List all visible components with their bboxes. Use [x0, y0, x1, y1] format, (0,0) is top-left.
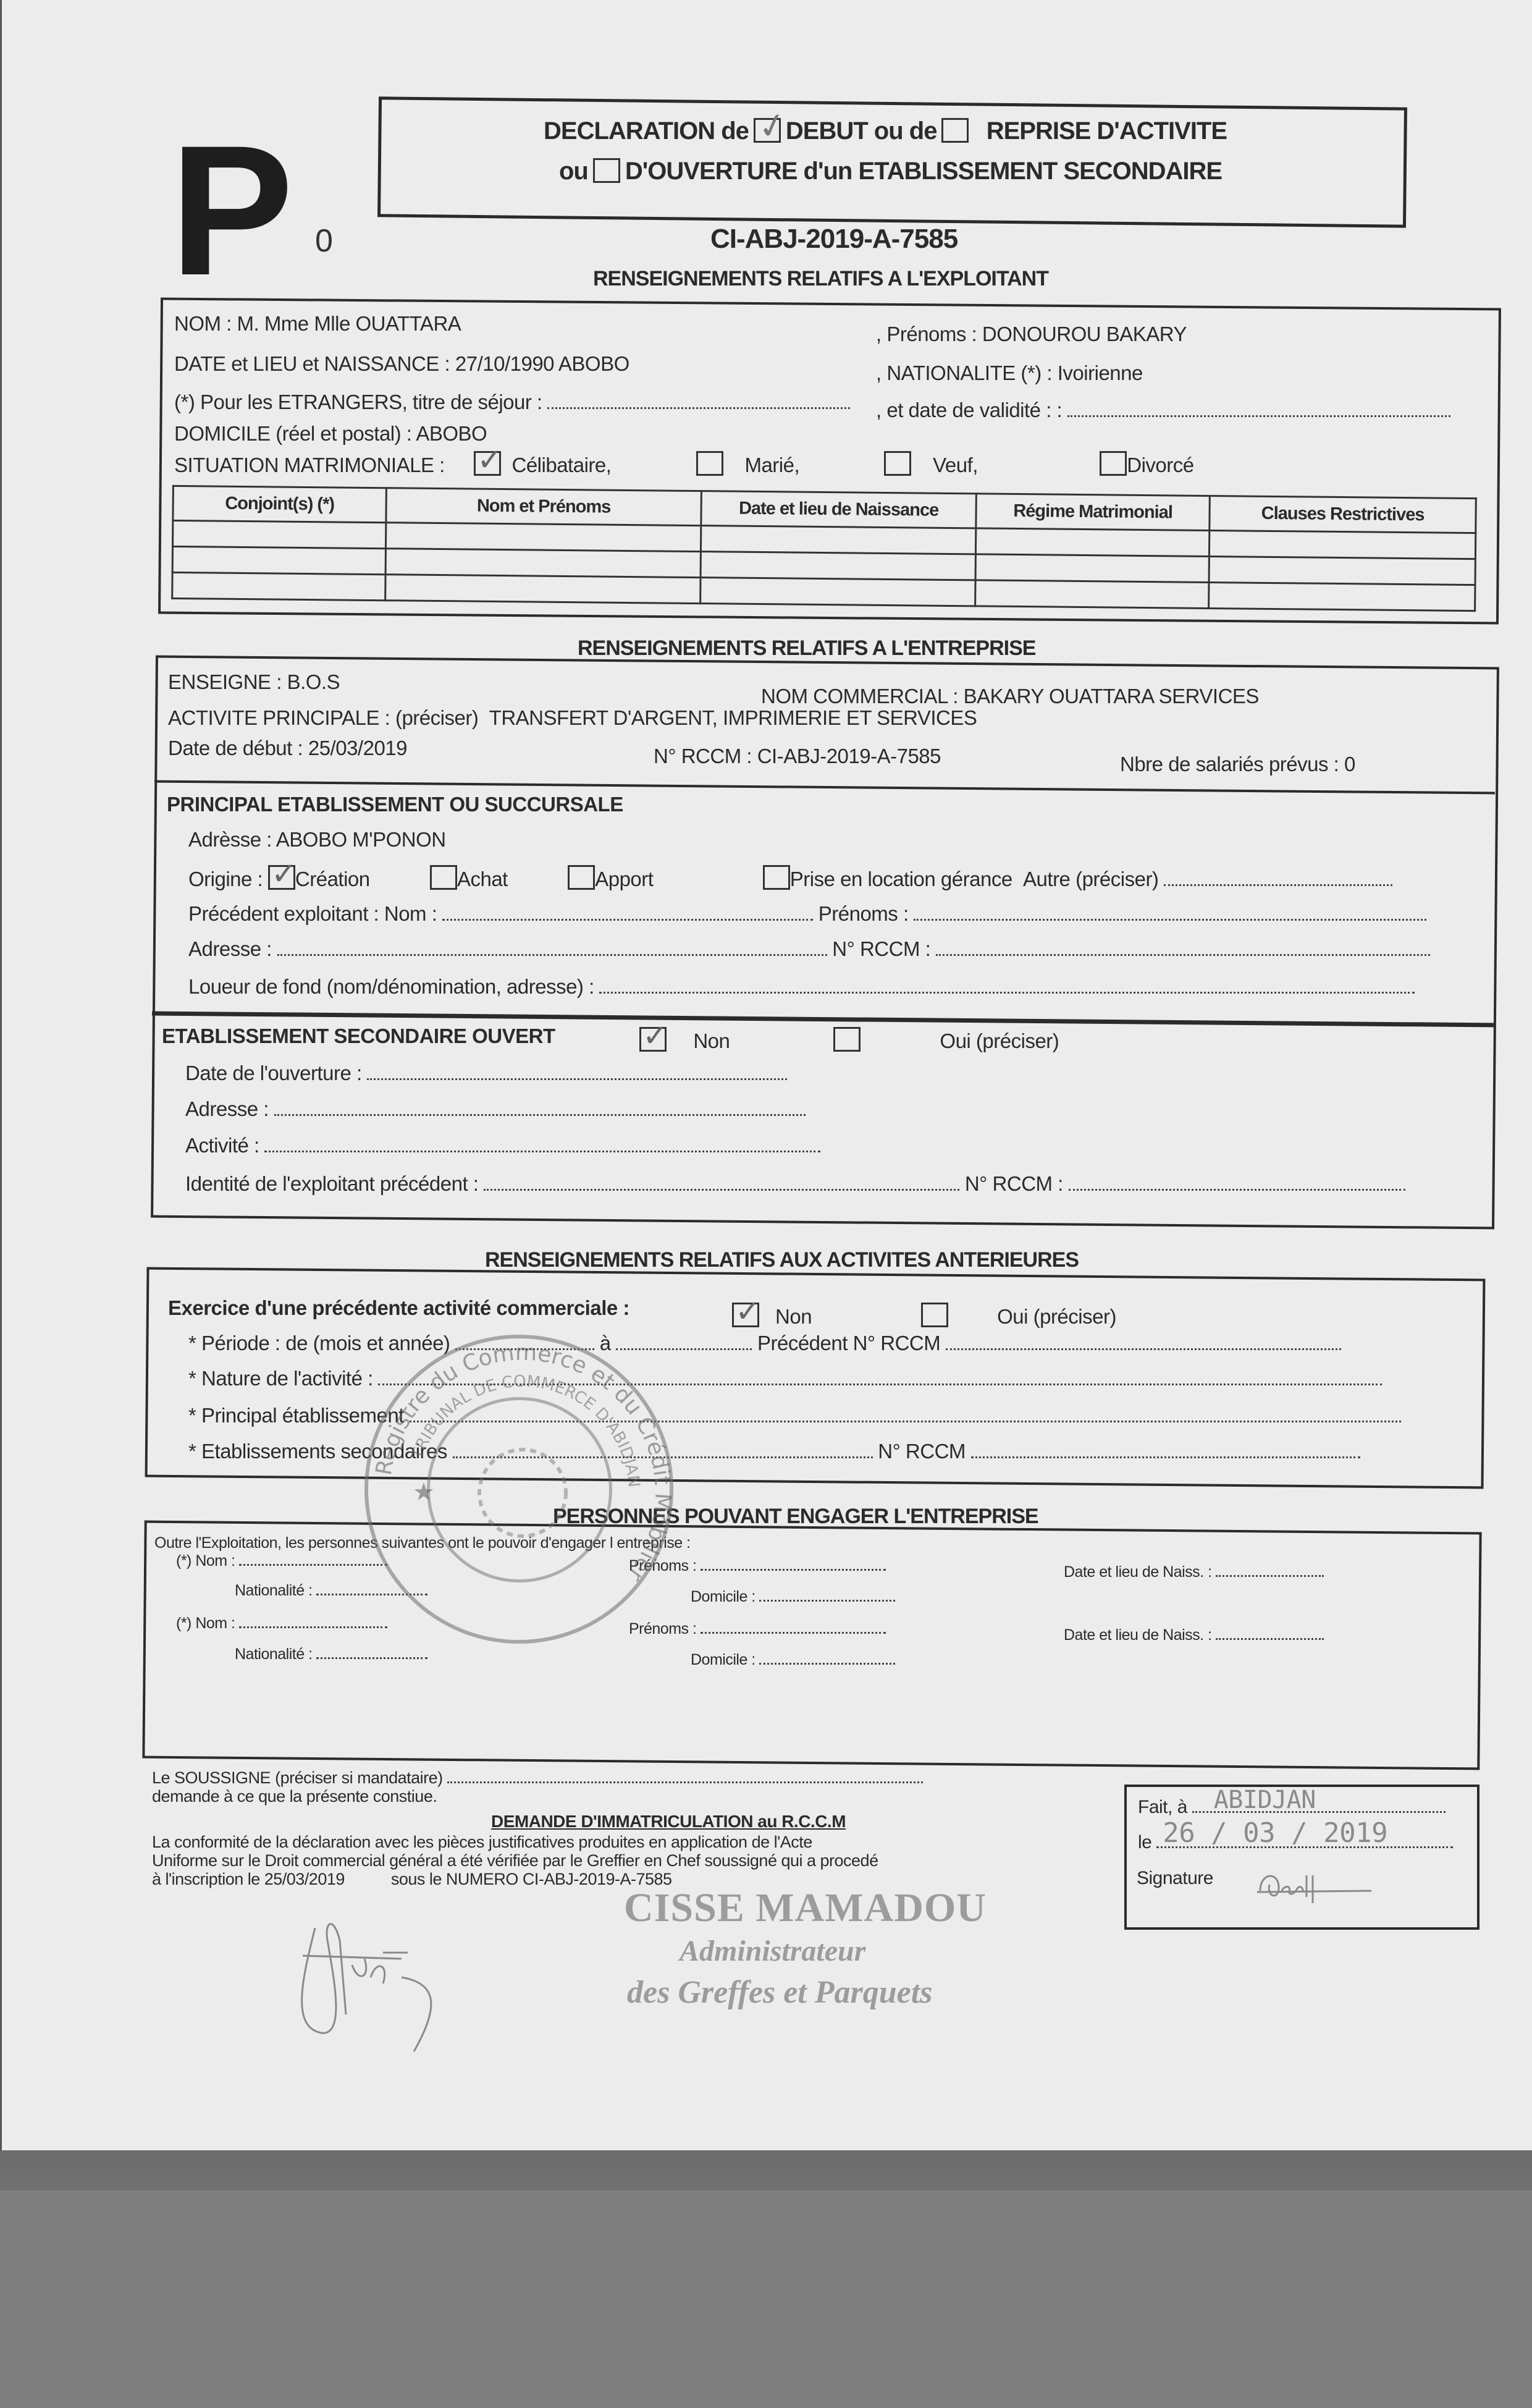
principal-adresse2-field: Adresse : N° RCCM :: [188, 937, 1430, 961]
declaration-prefix: DECLARATION de: [544, 117, 749, 145]
secondaire-rccm-label: N° RCCM :: [965, 1172, 1063, 1195]
secondaire-oui-checkbox[interactable]: [833, 1027, 861, 1052]
person2-domicile-input[interactable]: [759, 1652, 895, 1665]
person1-nom-input[interactable]: [239, 1553, 387, 1566]
autre-input[interactable]: [1164, 870, 1392, 886]
col-date-lieu: Date et lieu de Naissance: [701, 491, 977, 528]
secondaires-field: * Etablissements secondaires N° RCCM: [188, 1440, 1360, 1463]
exercice-non-label: Non: [775, 1305, 812, 1328]
enseigne-label: ENSEIGNE :: [168, 670, 282, 693]
salaries-value[interactable]: 0: [1344, 753, 1355, 775]
fait-a-field: Fait, à ABIDJAN: [1138, 1797, 1446, 1818]
official-stamp: Registre du Commerce et du Crédit Mobili…: [364, 1335, 673, 1644]
principal-adresse2-label: Adresse :: [188, 937, 272, 960]
principal-rccm-label: N° RCCM :: [832, 937, 930, 960]
date-value: 26 / 03 / 2019: [1163, 1817, 1387, 1849]
secondaire-oui-label: Oui (préciser): [940, 1029, 1059, 1052]
person2-domicile-field: Domicile :: [691, 1651, 895, 1669]
person2-nom-input[interactable]: [239, 1616, 387, 1628]
reprise-label: REPRISE D'ACTIVITE: [987, 117, 1227, 145]
scanner-shadow: [0, 2150, 1532, 2190]
signature-label: Signature: [1137, 1868, 1213, 1889]
person1-domicile-field: Domicile :: [691, 1588, 895, 1606]
page-edge: [0, 0, 2, 2150]
identite-field: Identité de l'exploitant précédent : N° …: [185, 1172, 1405, 1196]
location-gerance-checkbox[interactable]: [763, 865, 790, 890]
rccm-label: N° RCCM :: [654, 745, 752, 767]
fait-a-label: Fait, à: [1138, 1797, 1187, 1817]
situation-label: SITUATION MATRIMONIALE :: [174, 454, 445, 476]
section-title-anterieures: RENSEIGNEMENTS RELATIFS AUX ACTIVITES AN…: [485, 1248, 1079, 1272]
secondaire-activite-field: Activité :: [185, 1134, 820, 1157]
titre-sejour-input[interactable]: [547, 393, 850, 409]
domicile-field: DOMICILE (réel et postal) : ABOBO: [174, 422, 487, 446]
date-debut-field: Date de début : 25/03/2019: [168, 737, 407, 760]
nom-commercial-value[interactable]: BAKARY OUATTARA SERVICES: [964, 685, 1259, 708]
enseigne-field: ENSEIGNE : B.O.S: [168, 670, 340, 694]
creation-label: Création: [295, 868, 370, 890]
secondaire-activite-label: Activité :: [185, 1134, 259, 1157]
date-debut-label: Date de début :: [168, 737, 303, 759]
fait-a-input[interactable]: ABIDJAN: [1192, 1797, 1446, 1813]
date-ouverture-field: Date de l'ouverture :: [185, 1062, 787, 1085]
validite-field: , et date de validité : :: [876, 399, 1450, 422]
prec-prenoms-label: Prénoms :: [819, 902, 909, 925]
secondaires-rccm-input[interactable]: [971, 1442, 1360, 1458]
secondaire-non-label: Non: [693, 1029, 730, 1052]
table-cell[interactable]: [1209, 582, 1475, 610]
rccm-value[interactable]: CI-ABJ-2019-A-7585: [757, 745, 941, 767]
marie-label: Marié,: [744, 454, 799, 476]
activite-value[interactable]: TRANSFERT D'ARGENT, IMPRIMERIE ET SERVIC…: [489, 706, 977, 729]
titre-sejour-label: (*) Pour les ETRANGERS, titre de séjour …: [174, 391, 542, 413]
date-label: le: [1138, 1832, 1151, 1852]
nature-field: * Nature de l'activité :: [188, 1367, 1382, 1390]
autre-label: Autre (préciser): [1023, 868, 1158, 890]
col-conjoint: Conjoint(s) (*): [173, 486, 387, 522]
periode-field: * Période : de (mois et année) à Précéde…: [188, 1332, 1341, 1355]
secondaires-rccm-label: N° RCCM: [878, 1440, 966, 1463]
person2-naiss-label: Date et lieu de Naiss. :: [1064, 1626, 1212, 1644]
enseigne-value[interactable]: B.O.S: [287, 670, 340, 693]
exercice-non-checkbox[interactable]: [732, 1303, 759, 1327]
person2-prenoms-input[interactable]: [701, 1621, 886, 1634]
domicile-value[interactable]: ABOBO: [416, 422, 487, 445]
veuf-label: Veuf,: [933, 454, 978, 476]
reprise-checkbox[interactable]: [941, 118, 969, 143]
situation-field: SITUATION MATRIMONIALE : Célibataire, Ma…: [174, 451, 1194, 477]
nationalite-field: , NATIONALITE (*) : Ivoirienne: [876, 361, 1143, 385]
form-code-letter: P: [170, 117, 293, 303]
person2-nationalite-field: Nationalité :: [235, 1645, 427, 1663]
person2-nom-field: (*) Nom :: [176, 1615, 387, 1633]
demande-title: DEMANDE D'IMMATRICULATION au R.C.C.M: [491, 1812, 846, 1831]
table-cell[interactable]: [701, 526, 975, 554]
col-clauses: Clauses Restrictives: [1210, 496, 1476, 533]
loueur-input[interactable]: [599, 978, 1415, 994]
stamp-text-ring: Registre du Commerce et du Crédit Mobili…: [368, 1338, 677, 1647]
location-gerance-label: Prise en location gérance: [790, 868, 1012, 890]
exercice-oui-checkbox[interactable]: [921, 1303, 948, 1327]
nom-commercial-field: NOM COMMERCIAL : BAKARY OUATTARA SERVICE…: [761, 685, 1259, 708]
salaries-label: Nbre de salariés prévus :: [1120, 753, 1339, 775]
date-field: le 26 / 03 / 2019: [1138, 1832, 1453, 1853]
prec-prenoms-input[interactable]: [914, 905, 1426, 921]
rccm-field: N° RCCM : CI-ABJ-2019-A-7585: [654, 745, 941, 768]
person1-naiss-field: Date et lieu de Naiss. :: [1064, 1563, 1324, 1581]
person2-naiss-field: Date et lieu de Naiss. :: [1064, 1626, 1324, 1644]
person1-naiss-input[interactable]: [1216, 1565, 1324, 1577]
principal-rccm-input[interactable]: [936, 940, 1430, 956]
section-title-entreprise: RENSEIGNEMENTS RELATIFS A L'ENTREPRISE: [578, 636, 1035, 661]
principal-adresse-value[interactable]: ABOBO M'PONON: [276, 828, 446, 851]
principal-adresse2-input[interactable]: [277, 940, 827, 956]
person2-nationalite-label: Nationalité :: [235, 1645, 313, 1663]
ouverture-checkbox[interactable]: [593, 158, 620, 183]
applicant-signature: [1254, 1866, 1378, 1916]
exercice-label: Exercice d'une précédente activité comme…: [168, 1296, 629, 1320]
svg-text:★: ★: [413, 1478, 435, 1506]
spouse-table: Conjoint(s) (*) Nom et Prénoms Date et l…: [171, 485, 1477, 612]
debut-checkbox[interactable]: ✓: [754, 118, 781, 143]
table-cell[interactable]: [172, 520, 385, 548]
nature-label: * Nature de l'activité :: [188, 1367, 373, 1390]
soussigne-field: Le SOUSSIGNE (préciser si mandataire): [152, 1768, 923, 1788]
validite-input[interactable]: [1067, 401, 1450, 417]
inscription-date: à l'inscription le 25/03/2019: [152, 1870, 345, 1888]
nom-field: NOM : M. Mme Mlle OUATTARA: [174, 312, 461, 336]
secondaire-options: Non Oui (préciser): [639, 1027, 1059, 1053]
nom-commercial-label: NOM COMMERCIAL :: [761, 685, 958, 708]
table-cell[interactable]: [385, 575, 701, 604]
table-cell[interactable]: [172, 546, 385, 574]
divorce-label: Divorcé: [1127, 454, 1193, 476]
debut-label: DEBUT ou de: [786, 117, 937, 145]
prenoms-field: , Prénoms : DONOUROU BAKARY: [876, 323, 1187, 346]
naissance-field: DATE et LIEU et NAISSANCE : 27/10/1990 A…: [174, 352, 629, 376]
greffier-name: CISSE MAMADOU: [624, 1885, 987, 1932]
naissance-label: DATE et LIEU et NAISSANCE :: [174, 352, 450, 375]
person1-domicile-input[interactable]: [759, 1589, 895, 1602]
date-debut-value[interactable]: 25/03/2019: [308, 737, 407, 759]
domicile-label: DOMICILE (réel et postal) :: [174, 422, 411, 445]
origine-label: Origine :: [188, 868, 263, 890]
prec-rccm-input[interactable]: [946, 1334, 1341, 1350]
table-cell[interactable]: [1209, 530, 1475, 559]
table-cell[interactable]: [975, 580, 1209, 609]
principal-adresse-field: Adrèsse : ABOBO M'PONON: [188, 828, 446, 851]
greffier-title-2: des Greffes et Parquets: [627, 1974, 932, 2011]
principal-title: PRINCIPAL ETABLISSEMENT OU SUCCURSALE: [167, 793, 623, 816]
nationalite-value[interactable]: Ivoirienne: [1058, 361, 1143, 384]
origine-field: Origine : Création Achat Apport Prise en…: [188, 865, 1392, 891]
col-nom-prenoms: Nom et Prénoms: [386, 488, 702, 526]
prenoms-value[interactable]: DONOUROU BAKARY: [982, 323, 1187, 345]
prenoms-label: , Prénoms :: [876, 323, 977, 345]
prec-exploitant-field: Précédent exploitant : Nom : Prénoms :: [188, 902, 1426, 926]
secondaire-adresse-input[interactable]: [274, 1100, 806, 1116]
titre-sejour-field: (*) Pour les ETRANGERS, titre de séjour …: [174, 391, 850, 414]
loueur-field: Loueur de fond (nom/dénomination, adress…: [188, 975, 1415, 999]
secondaire-adresse-field: Adresse :: [185, 1097, 806, 1121]
salaries-field: Nbre de salariés prévus : 0: [1120, 753, 1355, 776]
col-regime: Régime Matrimonial: [976, 494, 1210, 531]
secondaire-title: ETABLISSEMENT SECONDAIRE OUVERT: [162, 1024, 555, 1048]
date-ouverture-input[interactable]: [367, 1064, 787, 1080]
table-cell[interactable]: [975, 528, 1209, 557]
declaration-line-1: DECLARATION de✓DEBUT ou de REPRISE D'ACT…: [544, 117, 1227, 145]
person2-nom-label: (*) Nom :: [176, 1615, 235, 1632]
divorce-checkbox[interactable]: [1100, 451, 1127, 476]
exercice-oui-label: Oui (préciser): [997, 1305, 1116, 1328]
form-code-sub: 0: [315, 222, 333, 260]
soussigne-line2: demande à ce que la présente constiue.: [152, 1787, 437, 1806]
soussigne-input[interactable]: [447, 1770, 923, 1783]
conformite-line2: Uniforme sur le Droit commercial général…: [152, 1851, 878, 1870]
activite-field: ACTIVITE PRINCIPALE : (préciser) TRANSFE…: [168, 706, 977, 730]
celibataire-checkbox[interactable]: [474, 451, 501, 476]
nationalite-label: , NATIONALITE (*) :: [876, 361, 1052, 384]
person2-domicile-label: Domicile :: [691, 1651, 755, 1668]
fait-a-value: ABIDJAN: [1214, 1786, 1316, 1814]
principal-adresse-label: Adrèsse :: [188, 828, 272, 851]
prec-nom-input[interactable]: [442, 905, 813, 921]
person2-nationalite-input[interactable]: [316, 1647, 427, 1659]
date-ouverture-label: Date de l'ouverture :: [185, 1062, 362, 1084]
date-input[interactable]: 26 / 03 / 2019: [1156, 1832, 1453, 1848]
achat-label: Achat: [457, 868, 508, 890]
ouverture-label: D'OUVERTURE d'un ETABLISSEMENT SECONDAIR…: [625, 158, 1222, 185]
validite-label: , et date de validité : :: [876, 399, 1062, 421]
exercice-options: Non Oui (préciser): [732, 1303, 1116, 1329]
person1-domicile-label: Domicile :: [691, 1588, 755, 1605]
conformite-line1: La conformité de la déclaration avec les…: [152, 1833, 812, 1852]
table-cell[interactable]: [975, 554, 1209, 583]
table-cell[interactable]: [385, 549, 701, 578]
table-cell[interactable]: [1209, 556, 1475, 585]
person1-nationalite-label: Nationalité :: [235, 1582, 313, 1599]
celibataire-label: Célibataire,: [512, 454, 612, 476]
greffier-title-1: Administrateur: [680, 1934, 865, 1968]
nom-label: NOM : M. Mme Mlle: [174, 312, 350, 335]
prec-nom-label: Précédent exploitant : Nom :: [188, 902, 437, 925]
greffier-signature: [278, 1903, 537, 2064]
apport-label: Apport: [595, 868, 653, 890]
person1-nom-field: (*) Nom :: [176, 1552, 387, 1570]
secondaire-non-checkbox[interactable]: [639, 1027, 667, 1052]
prec-rccm-label: Précédent N° RCCM: [757, 1332, 940, 1354]
secondaire-adresse-label: Adresse :: [185, 1097, 269, 1120]
person1-naiss-label: Date et lieu de Naiss. :: [1064, 1563, 1212, 1581]
secondaire-rccm-input[interactable]: [1069, 1175, 1405, 1191]
identite-label: Identité de l'exploitant précédent :: [185, 1172, 478, 1195]
creation-checkbox[interactable]: [268, 865, 295, 890]
apport-checkbox[interactable]: [568, 865, 595, 890]
identite-input[interactable]: [484, 1175, 959, 1191]
declaration-line-2: ouD'OUVERTURE d'un ETABLISSEMENT SECONDA…: [559, 158, 1222, 185]
veuf-checkbox[interactable]: [884, 451, 911, 476]
section-title-exploitant: RENSEIGNEMENTS RELATIFS A L'EXPLOITANT: [593, 267, 1048, 291]
table-cell[interactable]: [385, 523, 701, 552]
person1-prenoms-input[interactable]: [701, 1558, 886, 1571]
ou-label: ou: [559, 158, 588, 185]
loueur-label: Loueur de fond (nom/dénomination, adress…: [188, 975, 594, 998]
soussigne-label: Le SOUSSIGNE (préciser si mandataire): [152, 1768, 443, 1787]
achat-checkbox[interactable]: [430, 865, 457, 890]
rccm-number-heading: CI-ABJ-2019-A-7585: [710, 224, 958, 255]
person2-naiss-input[interactable]: [1216, 1628, 1324, 1640]
naissance-value[interactable]: 27/10/1990 ABOBO: [455, 352, 629, 375]
table-cell[interactable]: [701, 578, 975, 606]
nom-value[interactable]: OUATTARA: [356, 312, 461, 335]
marie-checkbox[interactable]: [696, 451, 723, 476]
person1-nom-label: (*) Nom :: [176, 1552, 235, 1569]
activite-label: ACTIVITE PRINCIPALE : (préciser): [168, 706, 478, 729]
table-cell[interactable]: [701, 552, 975, 580]
conformite-line3: à l'inscription le 25/03/2019sous le NUM…: [152, 1870, 672, 1889]
table-cell[interactable]: [172, 572, 385, 600]
secondaire-activite-input[interactable]: [264, 1136, 820, 1152]
